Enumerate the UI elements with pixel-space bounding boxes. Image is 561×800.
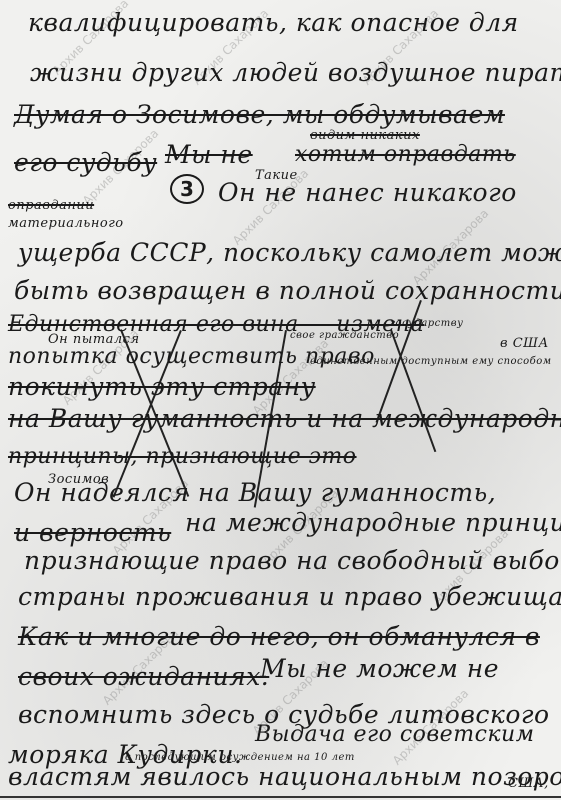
insertion: в США bbox=[500, 336, 549, 351]
struck-line: Думая о Зосимове, мы обдумываем bbox=[14, 100, 505, 129]
text-line: страны проживания и право убежища. bbox=[18, 582, 561, 611]
text-line: Выдача его советским bbox=[255, 722, 534, 747]
text-line: Мы не можем не bbox=[260, 654, 499, 683]
struck-line: Мы не bbox=[165, 140, 253, 169]
manuscript-page: Архив Сахарова Архив Сахарова Архив Саха… bbox=[0, 0, 561, 800]
struck-line: и верность bbox=[14, 518, 171, 547]
cross-out-stroke bbox=[390, 329, 436, 452]
text-line: ущерба СССР, поскольку самолет может bbox=[18, 238, 561, 267]
insertion: свое гражданство bbox=[290, 330, 399, 341]
page-edge bbox=[0, 796, 561, 798]
struck-line: покинуть эту страну bbox=[8, 372, 316, 401]
text-line: быть возвращен в полной сохранности. bbox=[14, 276, 561, 305]
page-number-circle: 3 bbox=[170, 174, 204, 204]
text-line: властям явилось национальным позором bbox=[8, 762, 561, 791]
struck-line: его судьбу bbox=[14, 148, 157, 177]
struck-line: хотим оправдать bbox=[295, 142, 516, 167]
text-line: на международные принципы, bbox=[185, 508, 561, 537]
text-line: признающие право на свободный выбор bbox=[24, 546, 561, 575]
struck-line: на Вашу гуманность и на международные bbox=[8, 404, 561, 433]
insertion: государству bbox=[390, 318, 463, 329]
insertion: единственным доступным ему способом bbox=[310, 356, 552, 367]
struck-line: своих ожиданиях. bbox=[18, 662, 269, 691]
text-line: Он не нанес никакого bbox=[218, 178, 517, 207]
struck-line: принципы, признающие это bbox=[8, 444, 357, 469]
text-line: жизни других людей воздушное пиратство bbox=[30, 58, 561, 87]
margin-note: материального bbox=[8, 216, 124, 231]
text-line: квалифицировать, как опасное для bbox=[28, 8, 519, 37]
insertion: видим никаких bbox=[310, 128, 420, 143]
text-line: Он надеялся на Вашу гуманность, bbox=[14, 478, 496, 507]
margin-note: оправдании bbox=[8, 198, 94, 213]
struck-line: Как и многие до него, он обманулся в bbox=[18, 622, 540, 651]
text-line: США, bbox=[508, 776, 549, 791]
